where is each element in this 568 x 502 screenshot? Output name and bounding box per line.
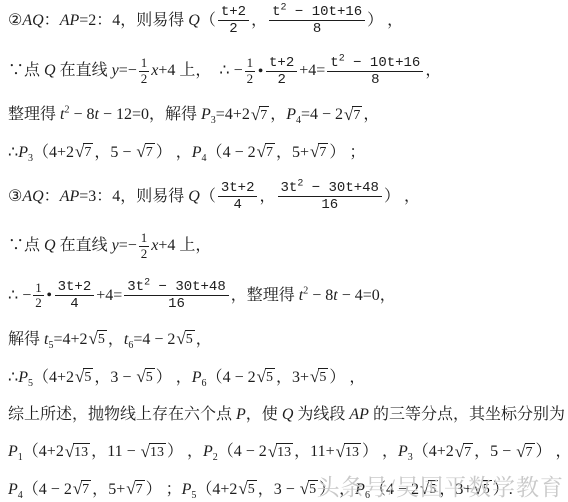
text-run: （ [207, 143, 223, 163]
math-mono: 3t [281, 180, 298, 196]
text-run: ） [493, 480, 509, 500]
math-fraction: 3t+24 [218, 180, 258, 213]
text-run: ∴ [219, 61, 233, 81]
math-fraction: 3t2 − 30t+4816 [278, 180, 382, 213]
fraction-numerator: t+2 [266, 55, 297, 72]
fraction-denominator: 8 [310, 21, 324, 37]
math-mono: t+2 [221, 4, 246, 20]
math-radical: √7 [75, 143, 93, 162]
radicand: 5 [97, 330, 107, 349]
text-run: ， [294, 442, 310, 462]
text-run: ， [270, 105, 286, 125]
text-run: ， [108, 330, 124, 350]
fraction-numerator: t2 − 10t+16 [327, 55, 423, 72]
math-radical: √7 [73, 480, 91, 499]
math-line-1: ②AQ：AP=2：4，则易得 Q（t+22，t2 − 10t+168） ， [8, 4, 562, 37]
fraction-numerator: 3t2 − 30t+48 [124, 279, 228, 296]
radicand: 5 [308, 480, 318, 499]
math-variable: AP [60, 11, 80, 31]
math-fraction: t2 − 10t+168 [327, 55, 423, 88]
math-variable: Q [44, 236, 56, 256]
math-text: 4 − 2 [223, 368, 256, 388]
math-line-4: ∴P3（4+2√7，5 − √7） ，P4（4 − 2√7，5+√7） ； [8, 143, 562, 163]
math-variable: Q [282, 405, 294, 425]
math-mono: − 10t+16 [345, 55, 421, 71]
math-line-2: ∵点 Q 在直线 y=−12x+4 上， ∴ −12•t+22+4=t2 − 1… [8, 55, 562, 88]
math-fraction: 3t2 − 30t+4816 [124, 279, 228, 312]
solution-document: ②AQ：AP=2：4，则易得 Q（t+22，t2 − 10t+168） ，∵点 … [0, 0, 568, 502]
text-run: ， [363, 105, 379, 125]
math-text: 5 − [490, 442, 515, 462]
text-run: 上， [175, 61, 219, 81]
math-text: 4+2 [39, 442, 64, 462]
text-run: ， [439, 480, 455, 500]
math-mono: − 30t+48 [303, 180, 379, 196]
math-line-9: ∴P5（4+2√5，3 − √5） ，P6（4 − 2√5，3+√5） ， [8, 368, 562, 388]
math-text: 11 − [107, 442, 139, 462]
text-run: （ [23, 480, 39, 500]
math-sup-group: 3t2 [127, 279, 150, 295]
fraction-numerator: 1 [33, 281, 44, 297]
text-run: （ [370, 480, 386, 500]
text-run: ） ； [146, 480, 182, 500]
math-mono: 8 [371, 72, 379, 88]
text-run: ） ， [367, 11, 403, 31]
math-radical: √5 [89, 330, 107, 349]
math-text: 1 [141, 231, 148, 246]
math-text: − 12=0 [99, 105, 149, 125]
math-variable: Q [44, 61, 56, 81]
radicand: 7 [135, 480, 145, 499]
fraction-numerator: 1 [139, 56, 150, 72]
math-text: =4+2 [53, 330, 87, 350]
math-text: 4 − 2 [223, 143, 256, 163]
math-sub-group: t5 [44, 330, 53, 350]
math-text: − 8 [69, 105, 94, 125]
radicand: 7 [318, 143, 328, 162]
math-fraction: t+22 [266, 55, 297, 88]
text-run: （ [207, 368, 223, 388]
radicand: 5 [145, 368, 155, 387]
fraction-numerator: t2 − 10t+16 [269, 4, 365, 21]
fraction-denominator: 16 [165, 296, 188, 312]
math-radical: √5 [473, 480, 491, 499]
math-radical: √5 [75, 368, 93, 387]
math-text: =− [119, 61, 137, 81]
radicand: 5 [318, 368, 328, 387]
math-mono: t [272, 4, 280, 20]
text-run: 解得 [8, 330, 44, 350]
math-variable: P [286, 106, 296, 123]
radicand: 7 [145, 143, 155, 162]
math-line-12: P4（4 − 2√7，5+√7） ；P5（4+2√5，3 − √5） ，P6（4… [8, 480, 562, 500]
math-mono: t+2 [269, 55, 294, 71]
math-radical: √7 [257, 143, 275, 162]
math-text: 11+ [310, 442, 334, 462]
math-variable: AP [60, 187, 80, 207]
math-variable: AQ [22, 187, 43, 207]
text-run: ， [196, 330, 212, 350]
math-variable: Q [188, 11, 200, 31]
math-variable: Q [188, 187, 200, 207]
math-text: =4 − 2 [133, 330, 175, 350]
math-variable: y [112, 236, 119, 256]
text-run: ∴ [8, 143, 18, 163]
math-text: − [234, 61, 243, 81]
text-run: ， [380, 286, 396, 306]
math-sub-group: P4 [286, 105, 301, 125]
math-text: 5 − [110, 143, 135, 163]
radicand: 7 [81, 480, 91, 499]
math-variable: x [151, 61, 158, 81]
math-sub-group: P4 [8, 480, 23, 500]
math-variable: P [8, 481, 18, 498]
text-run: （ [33, 368, 49, 388]
fraction-denominator: 8 [368, 72, 382, 88]
math-mono: 2 [277, 72, 285, 88]
math-text: +4= [299, 61, 325, 81]
math-text: +4 [158, 236, 175, 256]
math-text: 3+ [292, 368, 309, 388]
math-text: 4+2 [49, 143, 74, 163]
math-radical: √13 [268, 443, 293, 462]
math-fraction: 12 [245, 56, 256, 87]
text-run: ，则易得 [120, 11, 188, 31]
math-mono: − 30t+48 [150, 279, 226, 295]
radicand: 5 [185, 330, 195, 349]
multiply-dot-icon: • [258, 63, 263, 81]
math-sub-group: P3 [18, 143, 33, 163]
math-line-11: P1（4+2√13，11 − √13） ，P2（4 − 2√13，11+√13）… [8, 442, 562, 462]
math-variable: P [18, 369, 28, 386]
math-fraction: 12 [139, 56, 150, 87]
math-text: +4= [96, 286, 122, 306]
fraction-denominator: 4 [230, 197, 244, 213]
text-run: ） ， [384, 187, 420, 207]
math-text: 4+2 [429, 442, 454, 462]
fraction-denominator: 2 [139, 72, 150, 87]
math-radical: √5 [300, 480, 318, 499]
text-run: ② [8, 11, 22, 31]
fraction-denominator: 2 [245, 72, 256, 87]
math-sup-group: t2 [272, 4, 286, 20]
text-run: ，则易得 [120, 187, 188, 207]
math-line-8: 解得 t5=4+2√5，t6=4 − 2√5， [8, 330, 562, 350]
math-text: =2 [79, 11, 96, 31]
text-run: ， [259, 187, 275, 207]
text-run: ： [96, 11, 112, 31]
math-mono: 8 [313, 21, 321, 37]
text-run: 为线段 [293, 405, 349, 425]
math-sub-group: P6 [192, 368, 207, 388]
text-run: ） ， [156, 143, 192, 163]
text-run: ， [251, 11, 267, 31]
math-text: 2 [247, 72, 254, 87]
math-sup-group: 3t2 [281, 180, 304, 196]
math-text: 1 [141, 56, 148, 71]
math-sub-group: P4 [192, 143, 207, 163]
text-run: ，使 [246, 405, 282, 425]
text-run: ） ， [319, 480, 355, 500]
math-text: 1 [247, 56, 254, 71]
text-run: ） ， [536, 442, 568, 462]
radicand: 5 [83, 368, 93, 387]
math-radical: √5 [420, 480, 438, 499]
math-variable: AQ [22, 11, 43, 31]
text-run: ，解得 [149, 105, 201, 125]
math-sub-group: P6 [355, 480, 370, 500]
text-run: ） ； [329, 143, 365, 163]
math-text: 4 [112, 187, 120, 207]
math-text: 4 [112, 11, 120, 31]
fraction-denominator: 2 [139, 247, 150, 262]
math-text: 3 − [110, 368, 135, 388]
math-sub-group: P3 [398, 442, 413, 462]
math-mono: 16 [321, 197, 338, 213]
radicand: 7 [265, 143, 275, 162]
multiply-dot-icon: • [47, 287, 52, 305]
math-radical: √7 [251, 106, 269, 125]
text-run: （ [413, 442, 429, 462]
math-text: 4 − 2 [39, 480, 72, 500]
text-run: ： [96, 187, 112, 207]
math-mono: 16 [168, 296, 185, 312]
math-sup-group: t2 [60, 105, 69, 125]
text-run: ， [91, 442, 107, 462]
math-text: 3+ [455, 480, 472, 500]
text-run: ， [276, 143, 292, 163]
text-run: ，整理得 [231, 286, 299, 306]
math-variable: P [182, 481, 192, 498]
fraction-numerator: 3t+2 [55, 279, 95, 296]
math-line-10: 综上所述，抛物线上存在六个点 P，使 Q 为线段 AP 的三等分点，其坐标分别为 [8, 405, 562, 425]
math-text: =4 − 2 [301, 105, 343, 125]
radicand: 5 [247, 480, 257, 499]
math-variable: P [192, 144, 202, 161]
math-text: 5+ [292, 143, 309, 163]
radicand: 7 [259, 106, 269, 125]
text-run: 整理得 [8, 105, 60, 125]
math-radical: √7 [516, 443, 534, 462]
fraction-numerator: t+2 [218, 4, 249, 21]
math-radical: √5 [310, 368, 328, 387]
math-fraction: t2 − 10t+168 [269, 4, 365, 37]
math-mono: 3t+2 [221, 180, 255, 196]
text-run: ， [474, 442, 490, 462]
math-mono: − 10t+16 [287, 4, 363, 20]
math-radical: √7 [310, 143, 328, 162]
text-run: 在直线 [56, 61, 112, 81]
text-run: （ [196, 480, 212, 500]
radicand: 7 [83, 143, 93, 162]
radicand: 13 [73, 443, 90, 462]
math-text: 4 − 2 [234, 442, 267, 462]
math-line-5: ③AQ：AP=3：4，则易得 Q（3t+24，3t2 − 30t+4816） ， [8, 180, 562, 213]
text-run: ， [94, 143, 110, 163]
math-radical: √5 [176, 330, 194, 349]
fraction-numerator: 3t+2 [218, 180, 258, 197]
math-radical: √5 [238, 480, 256, 499]
math-text: =4+2 [216, 105, 250, 125]
math-mono: 3t+2 [58, 279, 92, 295]
fraction-denominator: 16 [318, 197, 341, 213]
text-run: 综上所述，抛物线上存在六个点 [8, 405, 236, 425]
math-radical: √13 [65, 443, 90, 462]
math-text: 3 − [274, 480, 299, 500]
radicand: 7 [463, 443, 473, 462]
math-text: 4+2 [212, 480, 237, 500]
math-radical: √5 [257, 368, 275, 387]
math-variable: P [355, 481, 365, 498]
math-text: =− [119, 236, 137, 256]
text-run: ： [44, 187, 60, 207]
math-sub-group: t6 [124, 330, 133, 350]
math-text: 2 [35, 296, 42, 311]
math-text: 2 [141, 72, 148, 87]
radicand: 5 [482, 480, 492, 499]
radicand: 7 [352, 106, 362, 125]
text-run: （ [33, 143, 49, 163]
math-text: 5+ [108, 480, 125, 500]
math-variable: P [398, 443, 408, 460]
text-run: ： [44, 11, 60, 31]
math-variable: AP [349, 405, 369, 425]
fraction-denominator: 2 [33, 296, 44, 311]
math-text: − 4=0 [338, 286, 380, 306]
text-run: ） ， [156, 368, 192, 388]
radicand: 13 [149, 443, 166, 462]
text-run: （ [200, 187, 216, 207]
text-run: 的三等分点，其坐标分别为 [369, 405, 565, 425]
text-run: ） ， [362, 442, 398, 462]
fraction-numerator: 1 [245, 56, 256, 72]
math-radical: √5 [136, 368, 154, 387]
math-text: . [509, 480, 513, 500]
math-sup-group: t2 [299, 286, 308, 306]
math-radical: √7 [455, 443, 473, 462]
math-mono: 2 [229, 21, 237, 37]
math-text: − [22, 286, 31, 306]
math-variable: x [151, 236, 158, 256]
math-text: 4+2 [49, 368, 74, 388]
radicand: 5 [265, 368, 275, 387]
math-variable: P [201, 106, 211, 123]
math-line-7: ∴ −12•3t+24+4=3t2 − 30t+4816，整理得 t2 − 8t… [8, 279, 562, 312]
math-fraction: 12 [139, 231, 150, 262]
math-mono: 4 [70, 296, 78, 312]
math-text: 2 [141, 247, 148, 262]
math-text: 4 − 2 [386, 480, 419, 500]
math-text: +4 [158, 61, 175, 81]
text-run: ∵点 [8, 61, 44, 81]
math-fraction: t+22 [218, 4, 249, 37]
text-run: （ [218, 442, 234, 462]
fraction-denominator: 2 [226, 21, 240, 37]
math-fraction: 12 [33, 281, 44, 312]
math-mono: t [330, 55, 338, 71]
radicand: 13 [344, 443, 361, 462]
math-sup-group: t2 [330, 55, 344, 71]
math-line-3: 整理得 t2 − 8t − 12=0，解得 P3=4+2√7，P4=4 − 2√… [8, 105, 562, 125]
fraction-denominator: 2 [274, 72, 288, 88]
math-radical: √7 [136, 143, 154, 162]
math-line-6: ∵点 Q 在直线 y=−12x+4 上， [8, 231, 562, 262]
radicand: 13 [276, 443, 293, 462]
math-variable: P [18, 144, 28, 161]
math-variable: P [8, 443, 18, 460]
math-sub-group: P3 [201, 105, 216, 125]
text-run: 上， [175, 236, 211, 256]
radicand: 5 [428, 480, 438, 499]
fraction-denominator: 4 [67, 296, 81, 312]
text-run: ∴ [8, 368, 18, 388]
math-sub-group: P1 [8, 442, 23, 462]
text-run: ③ [8, 187, 22, 207]
math-radical: √13 [336, 443, 361, 462]
math-text: 1 [35, 281, 42, 296]
text-run: ， [425, 61, 441, 81]
math-fraction: 3t+24 [55, 279, 95, 312]
text-run: ， [94, 368, 110, 388]
text-run: （ [200, 11, 216, 31]
math-sub-group: P2 [203, 442, 218, 462]
math-text: =3 [79, 187, 96, 207]
text-run: ） ， [329, 368, 365, 388]
math-variable: y [112, 61, 119, 81]
math-sub-group: P5 [18, 368, 33, 388]
math-mono: 4 [233, 197, 241, 213]
text-run: ∵点 [8, 236, 44, 256]
math-variable: P [203, 443, 213, 460]
math-mono: 3t [127, 279, 144, 295]
fraction-numerator: 3t2 − 30t+48 [278, 180, 382, 197]
radicand: 7 [525, 443, 535, 462]
math-radical: √7 [344, 106, 362, 125]
math-sub-group: P5 [182, 480, 197, 500]
text-run: ， [276, 368, 292, 388]
math-radical: √7 [126, 480, 144, 499]
text-run: ， [92, 480, 108, 500]
math-variable: P [192, 369, 202, 386]
fraction-numerator: 1 [139, 231, 150, 247]
math-radical: √13 [141, 443, 166, 462]
text-run: （ [23, 442, 39, 462]
text-run: 在直线 [56, 236, 112, 256]
math-text: − 8 [308, 286, 333, 306]
text-run: ） ， [167, 442, 203, 462]
text-run: ， [258, 480, 274, 500]
text-run: ∴ [8, 286, 22, 306]
math-variable: P [236, 405, 246, 425]
